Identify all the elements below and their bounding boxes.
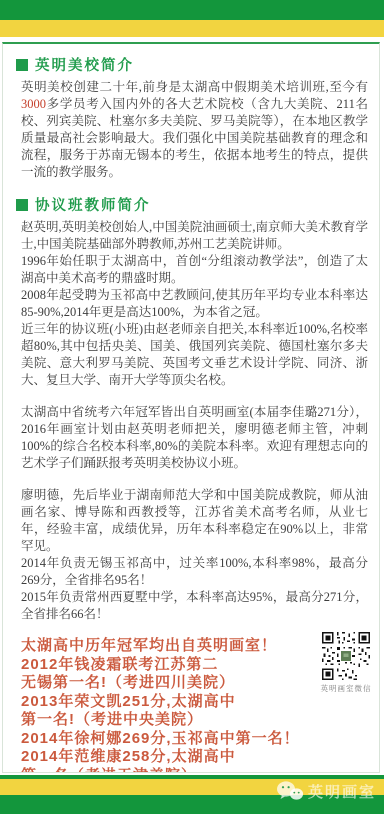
honor-line: 无锡第一名!（考进四川美院） <box>21 674 368 693</box>
honor-line: 第一名!（考进中央美院） <box>21 711 368 730</box>
flyer-page: 英明美校简介 英明美校创建二十年,前身是太湖高中假期美术培训班,至今有3000多… <box>0 0 384 814</box>
wechat-icon <box>276 780 304 802</box>
footer-brand-text: 英明画室 <box>308 781 376 802</box>
teacher-paragraph: 太湖高中省统考六年冠军皆出自英明画室(本届李佳璐271分），2016年画室计划由… <box>16 404 368 472</box>
intro-paragraph: 英明美校创建二十年,前身是太湖高中假期美术培训班,至今有3000多学员考入国内外… <box>16 79 368 181</box>
qr-code-icon <box>322 632 370 680</box>
honors-list: 太湖高中历年冠军均出自英明画室！ 2012年钱凌霜联考江苏第二 无锡第一名!（考… <box>21 637 368 773</box>
teacher-paragraph: 赵英明,英明美校创始人,中国美院油画硕士,南京师大美术教育学士,中国美院基础部外… <box>16 219 368 253</box>
honor-line: 2014年范维康258分,太湖高中 <box>21 748 368 767</box>
intro-text-highlight: 3000 <box>21 97 46 111</box>
section-title-intro: 英明美校简介 <box>35 54 134 75</box>
section-title-teachers: 协议班教师简介 <box>35 194 151 215</box>
top-green-bar <box>0 0 384 20</box>
top-yellow-bar <box>0 20 384 37</box>
teacher-paragraph: 1996年始任职于太湖高中，首创“分组滚动教学法”，创造了太湖高中美术高考的鼎盛… <box>16 253 368 287</box>
intro-text-post: 多学员考入国内外的各大艺术院校（含九大美院、211名校、列宾美院、杜塞尔多夫美院… <box>21 97 368 179</box>
teacher-paragraph: 2008年起受聘为玉祁高中艺教顾问,使其历年平均专业本科率达85-90%,201… <box>16 287 368 321</box>
honor-line: 2013年荣文凯251分,太湖高中 <box>21 693 368 712</box>
honor-line: 2014年徐柯娜269分,玉祁高中第一名！ <box>21 730 368 749</box>
section-bullet-icon <box>16 199 28 211</box>
section-bullet-icon <box>16 59 28 71</box>
section-header-teachers: 协议班教师简介 <box>16 194 368 215</box>
honor-line: 2012年钱凌霜联考江苏第二 <box>21 656 368 675</box>
honor-line: 第一名（考进天津美院） <box>21 767 368 774</box>
teacher-paragraph: 廖明德，先后毕业于湖南师范大学和中国美院成教院，师从油画名家、博导陈和西教授等，… <box>16 487 368 555</box>
teacher-paragraph: 近三年的协议班(小班)由赵老师亲自把关,本科率近100%,名校率超80%,其中包… <box>16 321 368 389</box>
footer-brand: 英明画室 <box>276 780 376 802</box>
honor-line: 太湖高中历年冠军均出自英明画室！ <box>21 637 368 656</box>
teacher-paragraph: 2015年负责常州西夏墅中学，本科率高达95%，最高分271分，全省排名66名！ <box>16 589 368 623</box>
teacher-paragraph: 2014年负责无锡玉祁高中，过关率100%,本科率98%，最高分269分，全省排… <box>16 555 368 589</box>
intro-text-pre: 英明美校创建二十年,前身是太湖高中假期美术培训班,至今有 <box>21 80 368 94</box>
wechat-qr-block: 英明画室微信 <box>320 632 372 694</box>
section-header-intro: 英明美校简介 <box>16 54 368 75</box>
qr-caption: 英明画室微信 <box>320 683 372 694</box>
